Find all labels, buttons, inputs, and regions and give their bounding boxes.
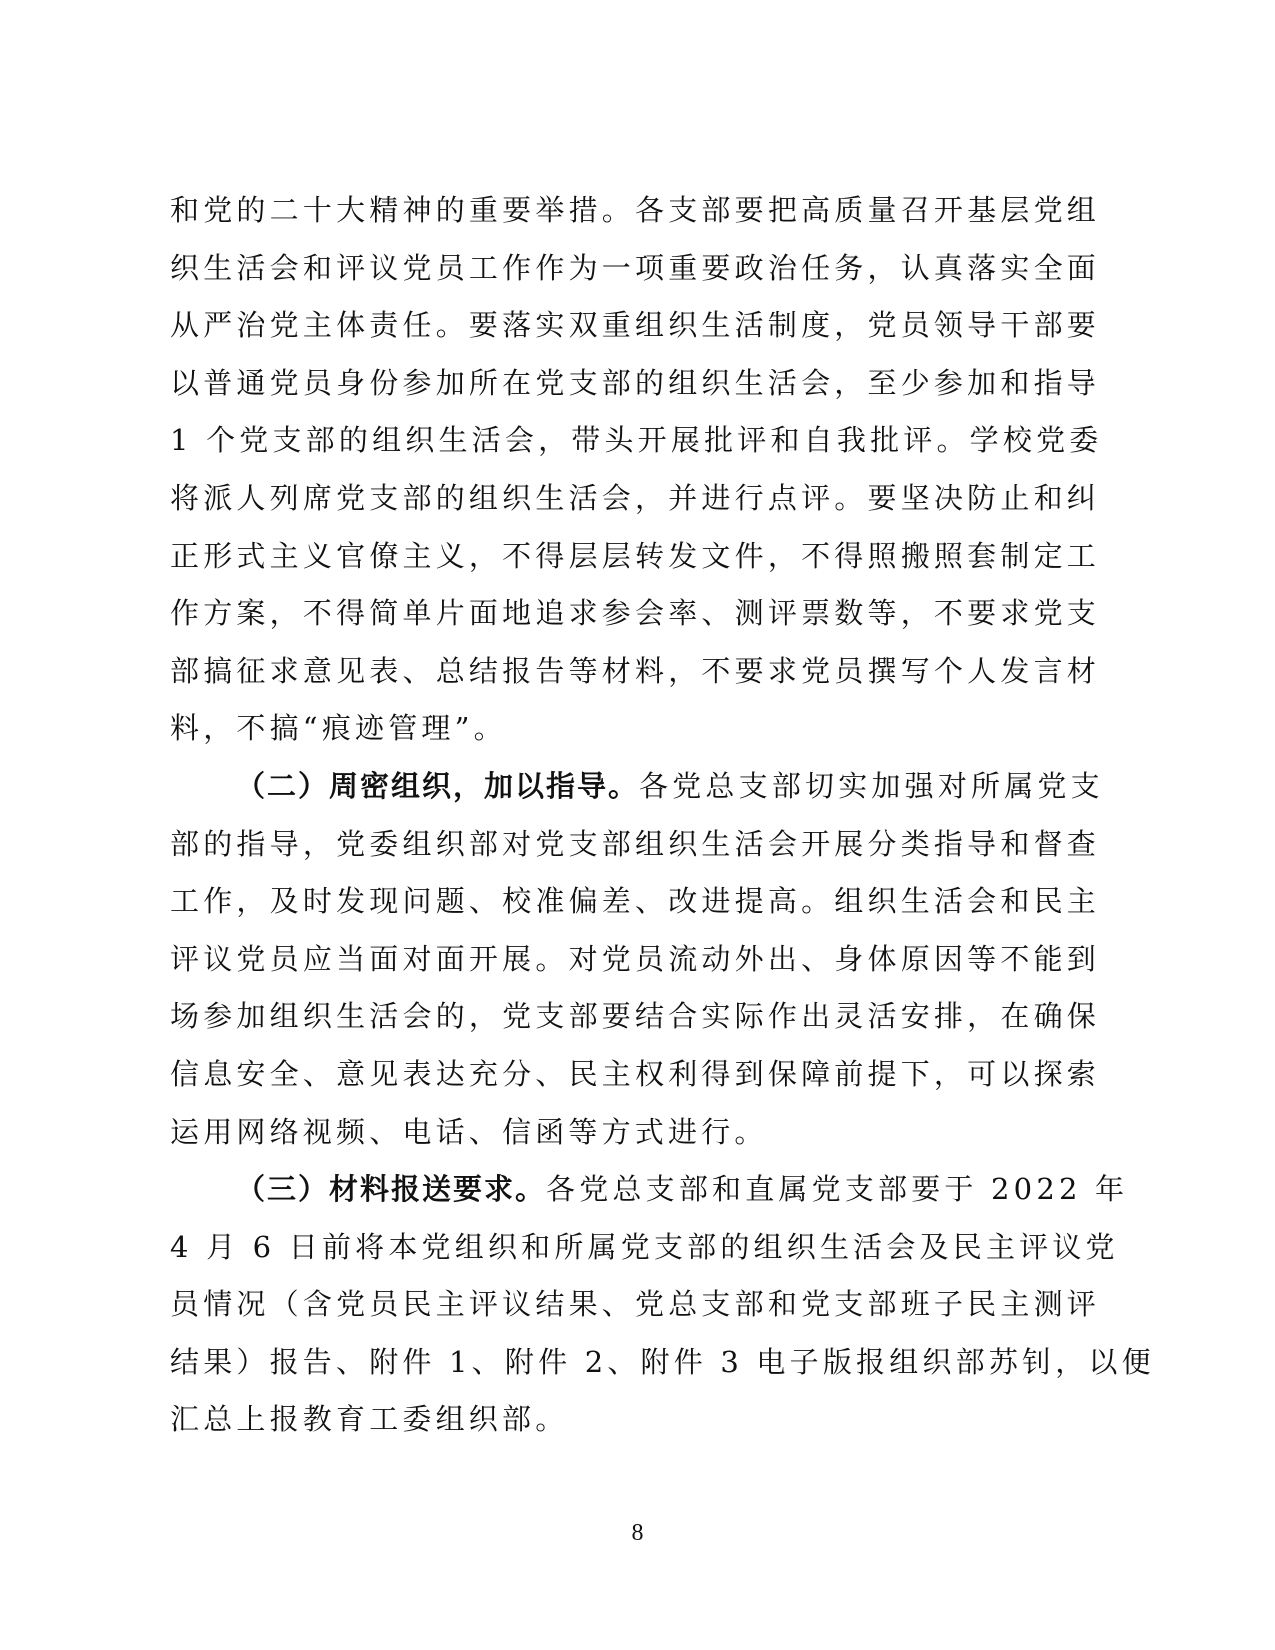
- text-line: 评议党员应当面对面开展。对党员流动外出、身体原因等不能到: [170, 931, 1100, 989]
- text-line: 4 月 6 日前将本党组织和所属党支部的组织生活会及民主评议党: [170, 1219, 1100, 1277]
- text-line: 织生活会和评议党员工作作为一项重要政治任务，认真落实全面: [170, 240, 1100, 298]
- paragraph-section-3: （三）材料报送要求。各党总支部和直属党支部要于 2022 年 4 月 6 日前将…: [170, 1161, 1100, 1449]
- document-body: 和党的二十大精神的重要举措。各支部要把高质量召开基层党组 织生活会和评议党员工作…: [170, 182, 1100, 1449]
- text-line: 部搞征求意见表、总结报告等材料，不要求党员撰写个人发言材: [170, 643, 1100, 701]
- document-page: 和党的二十大精神的重要举措。各支部要把高质量召开基层党组 织生活会和评议党员工作…: [0, 0, 1275, 1650]
- text-line: 1 个党支部的组织生活会，带头开展批评和自我批评。学校党委: [170, 412, 1100, 470]
- text-line: 汇总上报教育工委组织部。: [170, 1391, 1100, 1449]
- text-line: 作方案，不得简单片面地追求参会率、测评票数等，不要求党支: [170, 585, 1100, 643]
- text-line: 信息安全、意见表达充分、民主权利得到保障前提下，可以探索: [170, 1046, 1100, 1104]
- text-line: 工作，及时发现问题、校准偏差、改进提高。组织生活会和民主: [170, 873, 1100, 931]
- text-line: 正形式主义官僚主义，不得层层转发文件，不得照搬照套制定工: [170, 528, 1100, 586]
- text-run: 各党总支部和直属党支部要于 2022 年: [546, 1172, 1128, 1206]
- text-line: 部的指导，党委组织部对党支部组织生活会开展分类指导和督查: [170, 816, 1100, 874]
- text-line: 场参加组织生活会的，党支部要结合实际作出灵活安排，在确保: [170, 988, 1100, 1046]
- text-line: 以普通党员身份参加所在党支部的组织生活会，至少参加和指导: [170, 355, 1100, 413]
- text-line: 员情况（含党员民主评议结果、党总支部和党支部班子民主测评: [170, 1276, 1100, 1334]
- text-line-first: （三）材料报送要求。各党总支部和直属党支部要于 2022 年: [170, 1161, 1100, 1219]
- text-line: 结果）报告、附件 1、附件 2、附件 3 电子版报组织部苏钊，以便: [170, 1334, 1100, 1392]
- paragraph-section-2: （二）周密组织，加以指导。各党总支部切实加强对所属党支 部的指导，党委组织部对党…: [170, 758, 1100, 1161]
- text-line: 运用网络视频、电话、信函等方式进行。: [170, 1104, 1100, 1162]
- page-number: 8: [0, 1520, 1275, 1547]
- text-line-first: （二）周密组织，加以指导。各党总支部切实加强对所属党支: [170, 758, 1100, 816]
- text-line: 料，不搞“痕迹管理”。: [170, 700, 1100, 758]
- text-line: 从严治党主体责任。要落实双重组织生活制度，党员领导干部要: [170, 297, 1100, 355]
- text-line: 和党的二十大精神的重要举措。各支部要把高质量召开基层党组: [170, 182, 1100, 240]
- text-run: 各党总支部切实加强对所属党支: [639, 769, 1104, 803]
- section-heading-2: （二）周密组织，加以指导。: [236, 769, 639, 803]
- text-line: 将派人列席党支部的组织生活会，并进行点评。要坚决防止和纠: [170, 470, 1100, 528]
- section-heading-3: （三）材料报送要求。: [236, 1172, 546, 1206]
- paragraph-continuation: 和党的二十大精神的重要举措。各支部要把高质量召开基层党组 织生活会和评议党员工作…: [170, 182, 1100, 758]
